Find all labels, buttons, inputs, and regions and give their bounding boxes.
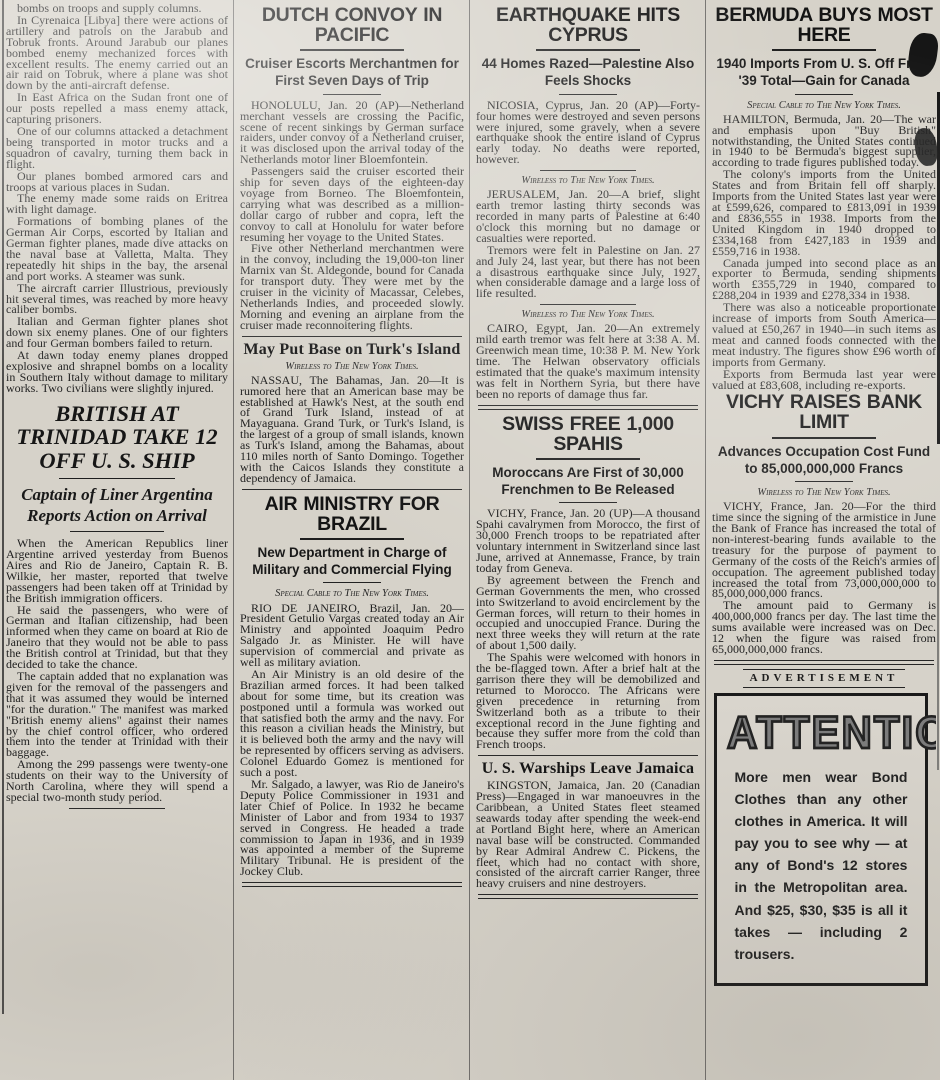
divider-rule bbox=[714, 660, 934, 665]
column-4: BERMUDA BUYS MOST HERE1940 Imports From … bbox=[712, 3, 936, 1080]
article-paragraph: Passengers said the cruiser escorted the… bbox=[240, 166, 464, 242]
article-subhead: U. S. Warships Leave Jamaica bbox=[476, 760, 700, 778]
divider-rule bbox=[540, 304, 636, 305]
article-paragraph: The enemy made some raids on Eritrea wit… bbox=[6, 193, 228, 215]
divider-rule bbox=[478, 894, 698, 899]
article-deck: 44 Homes Razed—Palestine Also Feels Shoc… bbox=[478, 55, 698, 95]
advertisement-label: ADVERTISEMENT bbox=[743, 669, 904, 688]
article-paragraph: Canada jumped into second place as an ex… bbox=[712, 258, 936, 302]
divider-rule bbox=[242, 336, 462, 337]
divider-rule bbox=[478, 755, 698, 756]
article-paragraph: Among the 299 passengs were twenty-one s… bbox=[6, 759, 228, 803]
article-paragraph: Formations of bombing planes of the Germ… bbox=[6, 216, 228, 281]
columns-grid: bombs on troops and supply columns.In Cy… bbox=[0, 0, 940, 1080]
article-deck: 1940 Imports From U. S. Off From '39 Tot… bbox=[714, 55, 934, 95]
article-paragraph: Mr. Salgado, a lawyer, was Rio de Janeir… bbox=[240, 779, 464, 877]
article-paragraph: VICHY, France, Jan. 20 (UP)—A thousand S… bbox=[476, 508, 700, 573]
article-paragraph: In Cyrenaica [Libya] there were actions … bbox=[6, 15, 228, 91]
article-paragraph: There was also a noticeable proportionat… bbox=[712, 302, 936, 367]
bond-clothes-ad: ATTENTIONMore men wear Bond Clothes than… bbox=[714, 693, 928, 986]
column-2: DUTCH CONVOY IN PACIFICCruiser Escorts M… bbox=[240, 3, 464, 1080]
divider-rule bbox=[540, 170, 636, 171]
article-paragraph: NICOSIA, Cyprus, Jan. 20 (AP)—Forty-four… bbox=[476, 100, 700, 165]
article-deck: Advances Occupation Cost Fund to 85,000,… bbox=[714, 443, 934, 483]
newspaper-page: bombs on troops and supply columns.In Cy… bbox=[0, 0, 940, 1080]
article-paragraph: Exports from Bermuda last year were valu… bbox=[712, 369, 936, 391]
divider-rule bbox=[242, 489, 462, 490]
article-paragraph: The colony's imports from the United Sta… bbox=[712, 169, 936, 256]
article-paragraph: Tremors were felt in Palestine on Jan. 2… bbox=[476, 245, 700, 300]
page-edge-mark bbox=[937, 556, 939, 770]
article-paragraph: At dawn today enemy planes dropped explo… bbox=[6, 350, 228, 394]
article-paragraph: When the American Republics liner Argent… bbox=[6, 538, 228, 603]
article-paragraph: RIO DE JANEIRO, Brazil, Jan. 20—Presiden… bbox=[240, 603, 464, 668]
article-paragraph: The captain added that no explanation wa… bbox=[6, 671, 228, 758]
article-paragraph: Italian and German fighter planes shot d… bbox=[6, 316, 228, 349]
column-divider bbox=[705, 0, 706, 1080]
column-1: bombs on troops and supply columns.In Cy… bbox=[6, 3, 228, 1080]
article-headline: EARTHQUAKE HITS CYPRUS bbox=[476, 5, 700, 51]
article-paragraph: NASSAU, The Bahamas, Jan. 20—It is rumor… bbox=[240, 375, 464, 484]
wire-credit: Special Cable to The New York Times. bbox=[240, 588, 464, 600]
article-paragraph: An Air Ministry is an old desire of the … bbox=[240, 669, 464, 778]
article-headline: DUTCH CONVOY IN PACIFIC bbox=[240, 5, 464, 51]
article-paragraph: Five other Netherland merchantmen were i… bbox=[240, 243, 464, 330]
article-paragraph: Our planes bombed armored cars and troop… bbox=[6, 171, 228, 193]
article-headline: AIR MINISTRY FOR BRAZIL bbox=[240, 494, 464, 540]
article-paragraph: One of our columns attacked a detachment… bbox=[6, 126, 228, 170]
article-paragraph: By agreement between the French and Germ… bbox=[476, 575, 700, 651]
ad-title: ATTENTION bbox=[727, 710, 915, 755]
wire-credit: Wireless to The New York Times. bbox=[476, 175, 700, 187]
article-paragraph: The amount paid to Germany is 400,000,00… bbox=[712, 600, 936, 655]
article-paragraph: KINGSTON, Jamaica, Jan. 20 (Canadian Pre… bbox=[476, 780, 700, 889]
article-paragraph: In East Africa on the Sudan front one of… bbox=[6, 92, 228, 125]
article-deck: New Department in Charge of Military and… bbox=[242, 544, 462, 584]
article-deck: Moroccans Are First of 30,000 Frenchmen … bbox=[478, 464, 698, 504]
article-paragraph: VICHY, France, Jan. 20—For the third tim… bbox=[712, 501, 936, 599]
article-deck: Captain of Liner Argentina Reports Actio… bbox=[6, 484, 228, 533]
article-paragraph: He said the passengers, who were of Germ… bbox=[6, 605, 228, 670]
article-headline: SWISS FREE 1,000 SPAHIS bbox=[476, 414, 700, 460]
wire-credit: Wireless to The New York Times. bbox=[240, 361, 464, 373]
divider-rule bbox=[69, 808, 165, 809]
wire-credit: Wireless to The New York Times. bbox=[712, 487, 936, 499]
page-edge-mark bbox=[2, 0, 4, 1014]
divider-rule bbox=[242, 882, 462, 887]
article-headline: BERMUDA BUYS MOST HERE bbox=[712, 5, 936, 51]
article-deck: Cruiser Escorts Merchantmen for First Se… bbox=[242, 55, 462, 95]
article-paragraph: CAIRO, Egypt, Jan. 20—An extremely mild … bbox=[476, 323, 700, 399]
wire-credit: Wireless to The New York Times. bbox=[476, 309, 700, 321]
article-subhead: May Put Base on Turk's Island bbox=[240, 341, 464, 359]
column-3: EARTHQUAKE HITS CYPRUS44 Homes Razed—Pal… bbox=[476, 3, 700, 1080]
column-divider bbox=[469, 0, 470, 1080]
wire-credit: Special Cable to The New York Times. bbox=[712, 100, 936, 112]
article-paragraph: HAMILTON, Bermuda, Jan. 20—The war and e… bbox=[712, 114, 936, 169]
article-paragraph: The aircraft carrier Illustrious, previo… bbox=[6, 283, 228, 316]
article-headline: BRITISH AT TRINIDAD TAKE 12 OFF U. S. SH… bbox=[6, 402, 228, 479]
article-paragraph: JERUSALEM, Jan. 20—A brief, slight earth… bbox=[476, 189, 700, 244]
divider-rule bbox=[478, 405, 698, 410]
article-paragraph: The Spahis were welcomed with honors in … bbox=[476, 652, 700, 750]
ad-body-text: More men wear Bond Clothes than any othe… bbox=[735, 766, 908, 965]
article-headline: VICHY RAISES BANK LIMIT bbox=[712, 392, 936, 438]
column-divider bbox=[233, 0, 234, 1080]
article-paragraph: HONOLULU, Jan. 20 (AP)—Netherland mercha… bbox=[240, 100, 464, 165]
